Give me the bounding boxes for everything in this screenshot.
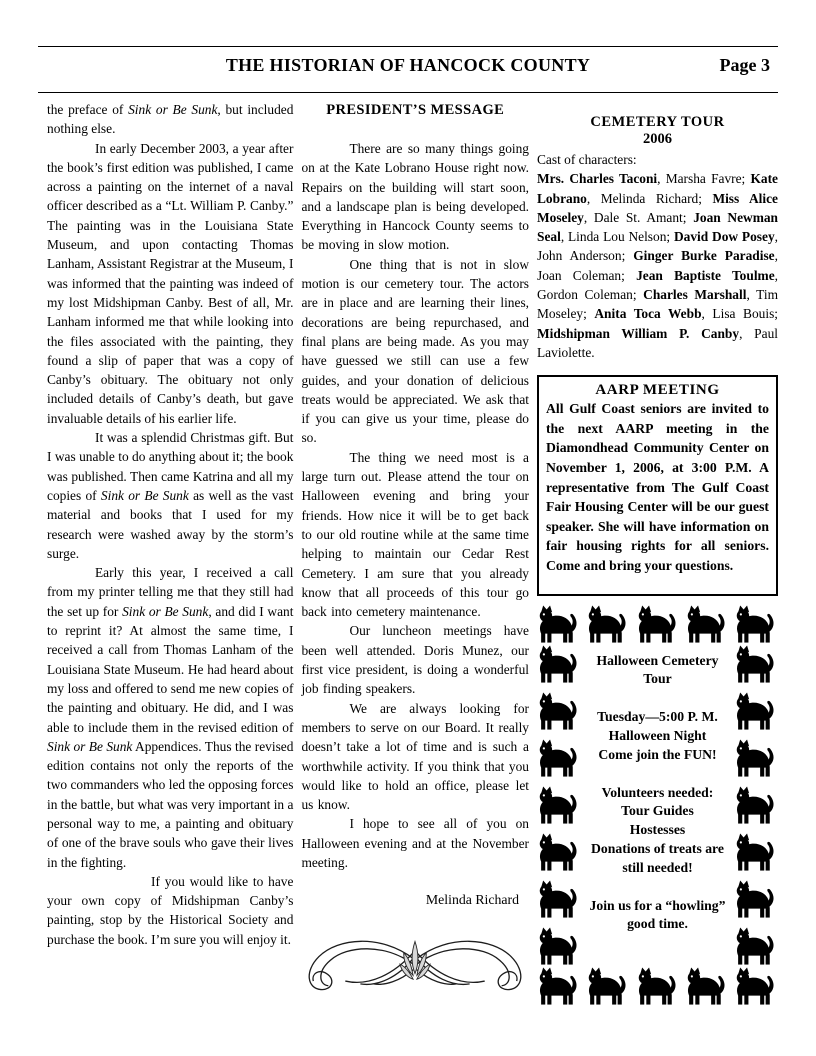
presidents-message-column: PRESIDENT’S MESSAGE There are so many th…	[301, 100, 529, 1006]
black-cat-icon	[636, 966, 680, 1006]
halloween-line: Halloween Night	[581, 727, 734, 746]
halloween-text-group: Volunteers needed: Tour Guides Hostesses…	[581, 784, 734, 878]
header-top-rule	[38, 46, 778, 47]
article-paragraph: I hope to see all of you on Halloween ev…	[301, 814, 529, 872]
cemetery-tour-year: 2006	[537, 131, 778, 148]
cat-border-left	[537, 644, 581, 966]
cast-list: Mrs. Charles Taconi, Marsha Favre; Kate …	[537, 169, 778, 362]
cat-border-right	[734, 644, 778, 966]
black-cat-icon	[537, 785, 581, 825]
article-paragraph: It was a splendid Christmas gift. But I …	[47, 428, 293, 563]
halloween-box-middle: Halloween Cemetery Tour Tuesday—5:00 P. …	[537, 644, 778, 966]
newsletter-title: THE HISTORIAN OF HANCOCK COUNTY	[108, 55, 708, 76]
halloween-line: Donations of treats are still needed!	[581, 840, 734, 878]
article-paragraph: If you would like to have your own copy …	[47, 872, 293, 949]
signature: Melinda Richard	[301, 892, 529, 908]
black-cat-icon	[734, 966, 778, 1006]
article-paragraph: In early December 2003, a year after the…	[47, 139, 293, 428]
black-cat-icon	[734, 879, 778, 919]
halloween-box-text: Halloween Cemetery Tour Tuesday—5:00 P. …	[581, 644, 734, 966]
black-cat-icon	[734, 785, 778, 825]
halloween-text-group: Halloween Cemetery Tour	[581, 652, 734, 690]
halloween-line: Halloween Cemetery Tour	[581, 652, 734, 690]
black-cat-icon	[537, 644, 581, 684]
black-cat-icon	[734, 644, 778, 684]
aarp-meeting-box: AARP MEETING All Gulf Coast seniors are …	[537, 375, 778, 595]
black-cat-icon	[537, 604, 581, 644]
black-cat-icon	[537, 926, 581, 966]
halloween-line: Hostesses	[581, 821, 734, 840]
black-cat-icon	[734, 604, 778, 644]
decorative-flourish-icon	[301, 932, 529, 1005]
halloween-line: Volunteers needed:	[581, 784, 734, 803]
black-cat-icon	[586, 966, 630, 1006]
article-paragraph: One thing that is not in slow motion is …	[301, 255, 529, 448]
article-paragraph: The thing we need most is a large turn o…	[301, 448, 529, 622]
article-paragraph: There are so many things going on at the…	[301, 139, 529, 255]
black-cat-icon	[734, 738, 778, 778]
article-paragraph: the preface of Sink or Be Sunk, but incl…	[47, 100, 293, 139]
left-article-column: the preface of Sink or Be Sunk, but incl…	[47, 100, 293, 1006]
page-number: Page 3	[720, 55, 770, 76]
cast-of-characters-label: Cast of characters:	[537, 150, 778, 169]
halloween-line: Tuesday—5:00 P. M.	[581, 708, 734, 727]
black-cat-icon	[636, 604, 680, 644]
black-cat-icon	[685, 604, 729, 644]
halloween-text-group: Tuesday—5:00 P. M. Halloween Night Come …	[581, 708, 734, 764]
three-column-layout: the preface of Sink or Be Sunk, but incl…	[47, 100, 778, 1006]
header-bottom-rule	[38, 92, 778, 93]
article-paragraph: We are always looking for members to ser…	[301, 699, 529, 815]
black-cat-icon	[586, 604, 630, 644]
presidents-message-heading: PRESIDENT’S MESSAGE	[301, 102, 529, 119]
black-cat-icon	[537, 832, 581, 872]
article-paragraph: Early this year, I received a call from …	[47, 563, 293, 872]
cat-border-bottom	[537, 966, 778, 1006]
cat-border-top	[537, 604, 778, 644]
newsletter-page: { "page": { "background": "#ffffff", "te…	[0, 0, 816, 1056]
black-cat-icon	[537, 691, 581, 731]
black-cat-icon	[734, 926, 778, 966]
right-column: CEMETERY TOUR 2006 Cast of characters: M…	[537, 100, 778, 1006]
halloween-text-group: Join us for a “howling” good time.	[581, 897, 734, 935]
aarp-meeting-heading: AARP MEETING	[546, 382, 769, 399]
aarp-meeting-body: All Gulf Coast seniors are invited to th…	[546, 399, 769, 575]
black-cat-icon	[537, 879, 581, 919]
article-paragraph: Our luncheon meetings have been well att…	[301, 621, 529, 698]
halloween-line: Join us for a “howling” good time.	[581, 897, 734, 935]
halloween-line: Come join the FUN!	[581, 746, 734, 765]
black-cat-icon	[734, 691, 778, 731]
black-cat-icon	[537, 738, 581, 778]
black-cat-icon	[537, 966, 581, 1006]
cemetery-tour-heading: CEMETERY TOUR	[537, 114, 778, 131]
black-cat-icon	[685, 966, 729, 1006]
black-cat-icon	[734, 832, 778, 872]
halloween-tour-box: Halloween Cemetery Tour Tuesday—5:00 P. …	[537, 604, 778, 1006]
halloween-line: Tour Guides	[581, 802, 734, 821]
